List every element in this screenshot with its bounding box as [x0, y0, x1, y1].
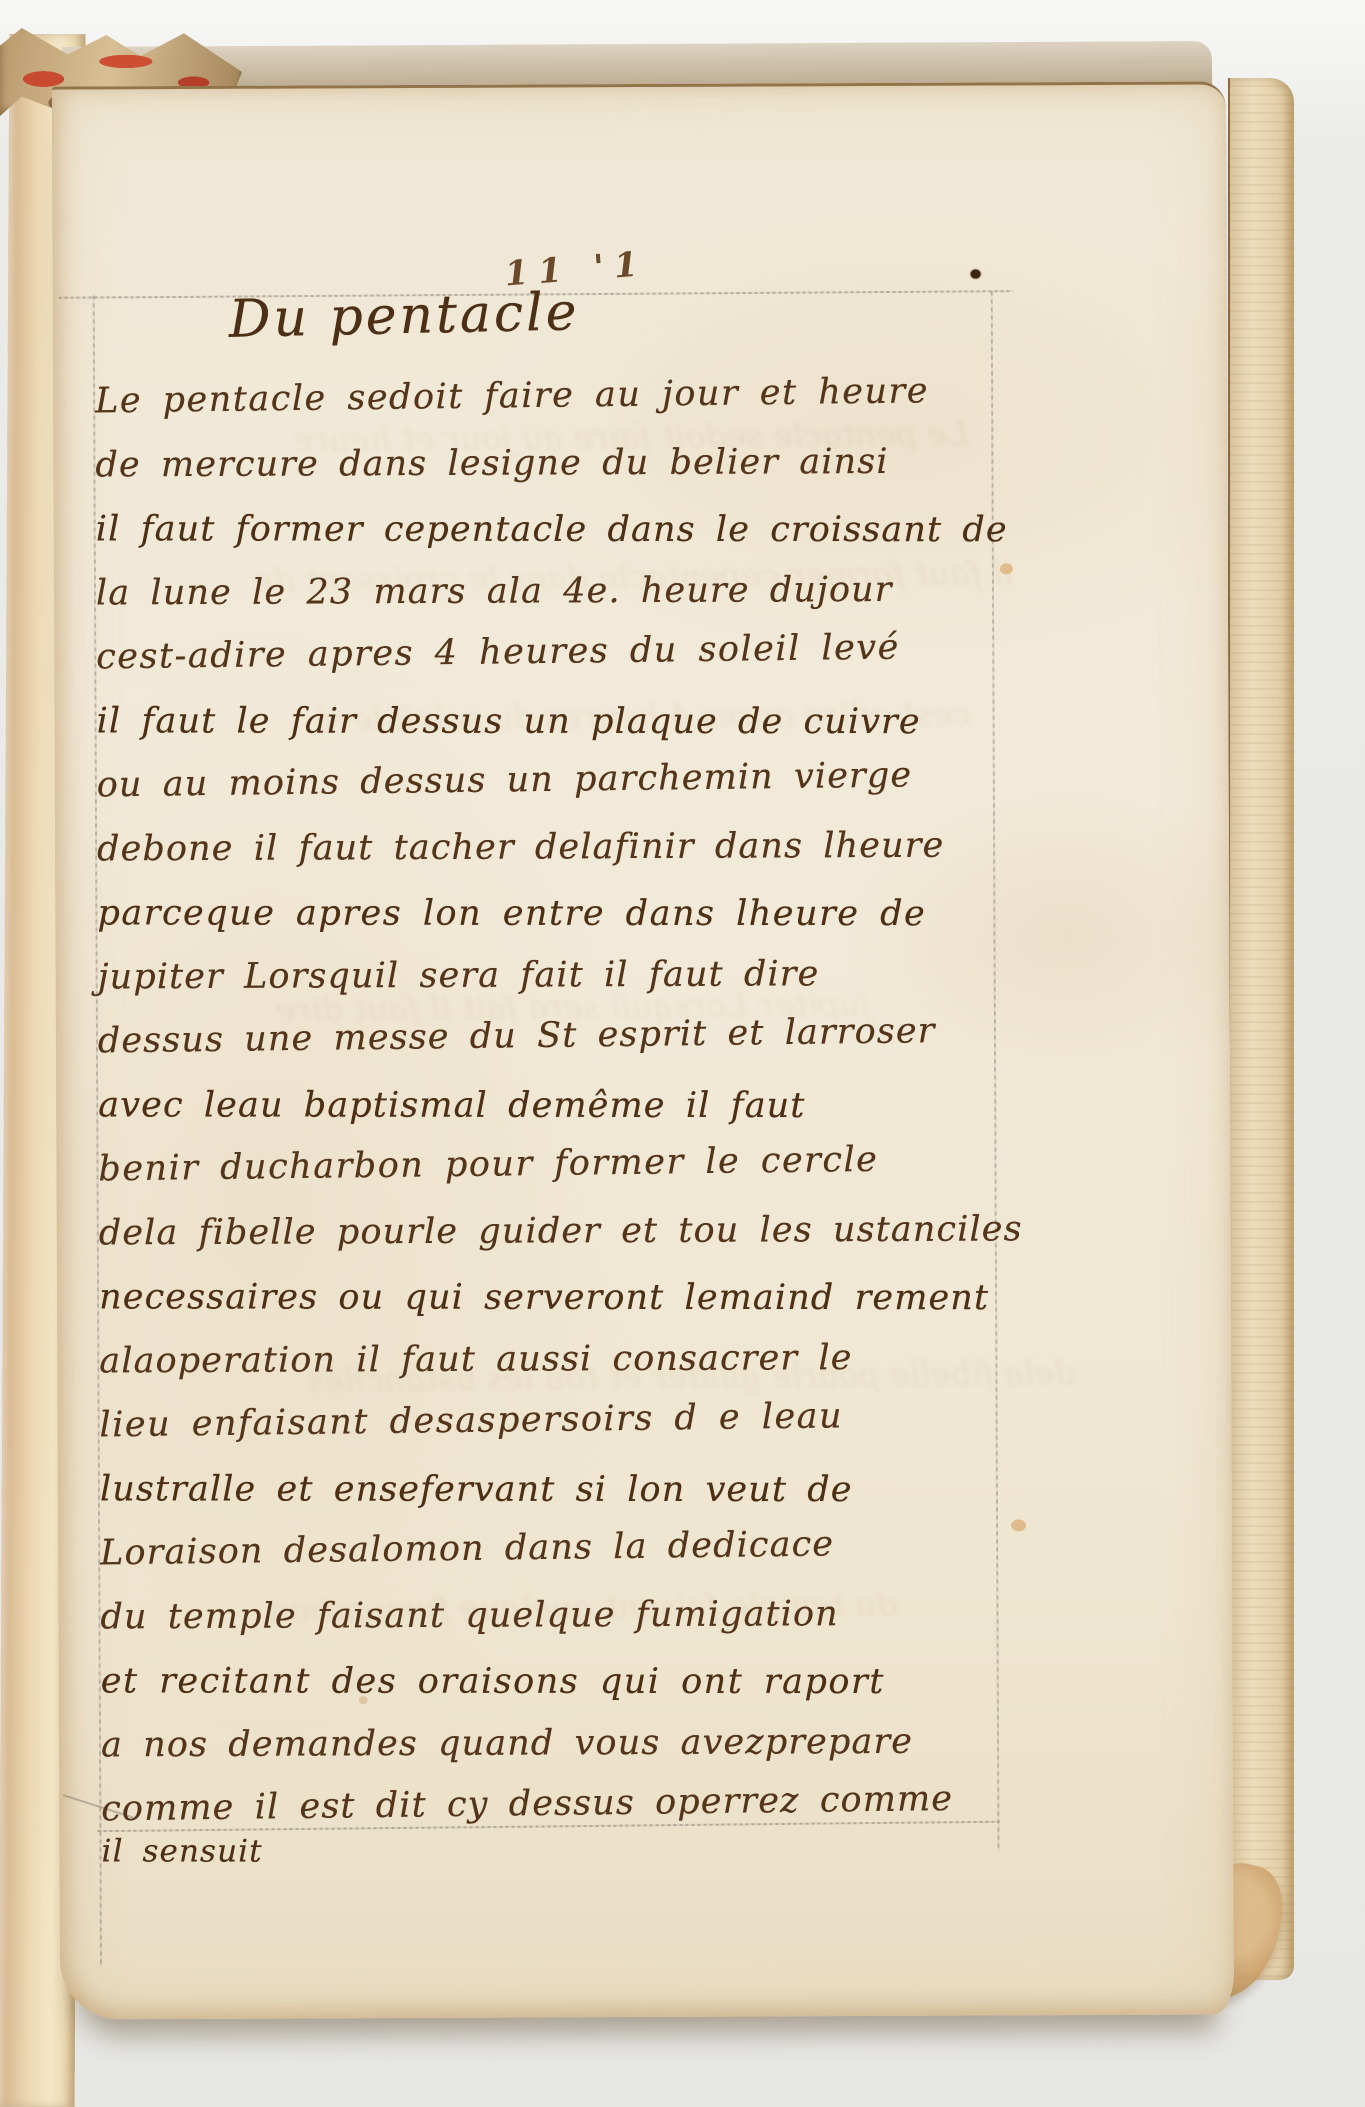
manuscript-line: de mercure dans lesigne du belier ainsi	[95, 441, 1055, 509]
manuscript-line: il sensuit	[102, 1833, 1062, 1898]
manuscript-line: Le pentacle sedoit faire au jour et heur…	[95, 370, 1056, 446]
ink-dot	[971, 270, 981, 279]
manuscript-line: necessaires ou qui serveront lemaind rem…	[99, 1277, 1059, 1342]
manuscript-line: et recitant des oraisons qui ont raport	[101, 1661, 1061, 1726]
manuscript-line: parceque apres lon entre dans lheure de	[97, 893, 1057, 958]
manuscript-line: debone il faut tacher delafinir dans lhe…	[97, 825, 1057, 893]
manuscript-line: benir ducharbon pour former le cercle	[98, 1138, 1059, 1214]
foxing-spot	[359, 1696, 368, 1704]
manuscript-line: dessus une messe du St esprit et larrose…	[98, 1010, 1059, 1086]
photo-background: 11 '1 Du pentacle Le pentacle sedoit fai…	[0, 0, 1365, 2107]
foxing-spot	[1011, 1519, 1026, 1531]
manuscript-line: il faut former cepentacle dans le croiss…	[96, 509, 1056, 574]
manuscript-line: Loraison desalomon dans la dedicace	[100, 1522, 1061, 1598]
manuscript-line: dela fibelle pourle guider et tou les us…	[99, 1209, 1059, 1277]
manuscript-line: cest-adire apres 4 heures du soleil levé	[96, 626, 1057, 702]
page-fore-edge	[1228, 78, 1294, 1980]
manuscript-line: du temple faisant quelque fumigation	[100, 1593, 1060, 1661]
text-block: Le pentacle sedoit faire au jour et heur…	[95, 377, 1062, 1897]
foxing-spot	[1000, 563, 1013, 574]
page-title: Du pentacle	[228, 282, 580, 350]
manuscript-page: 11 '1 Du pentacle Le pentacle sedoit fai…	[52, 81, 1234, 2019]
manuscript-line: ou au moins dessus un parchemin vierge	[96, 754, 1057, 830]
manuscript-line: lieu enfaisant desaspersoirs d e leau	[99, 1394, 1060, 1470]
